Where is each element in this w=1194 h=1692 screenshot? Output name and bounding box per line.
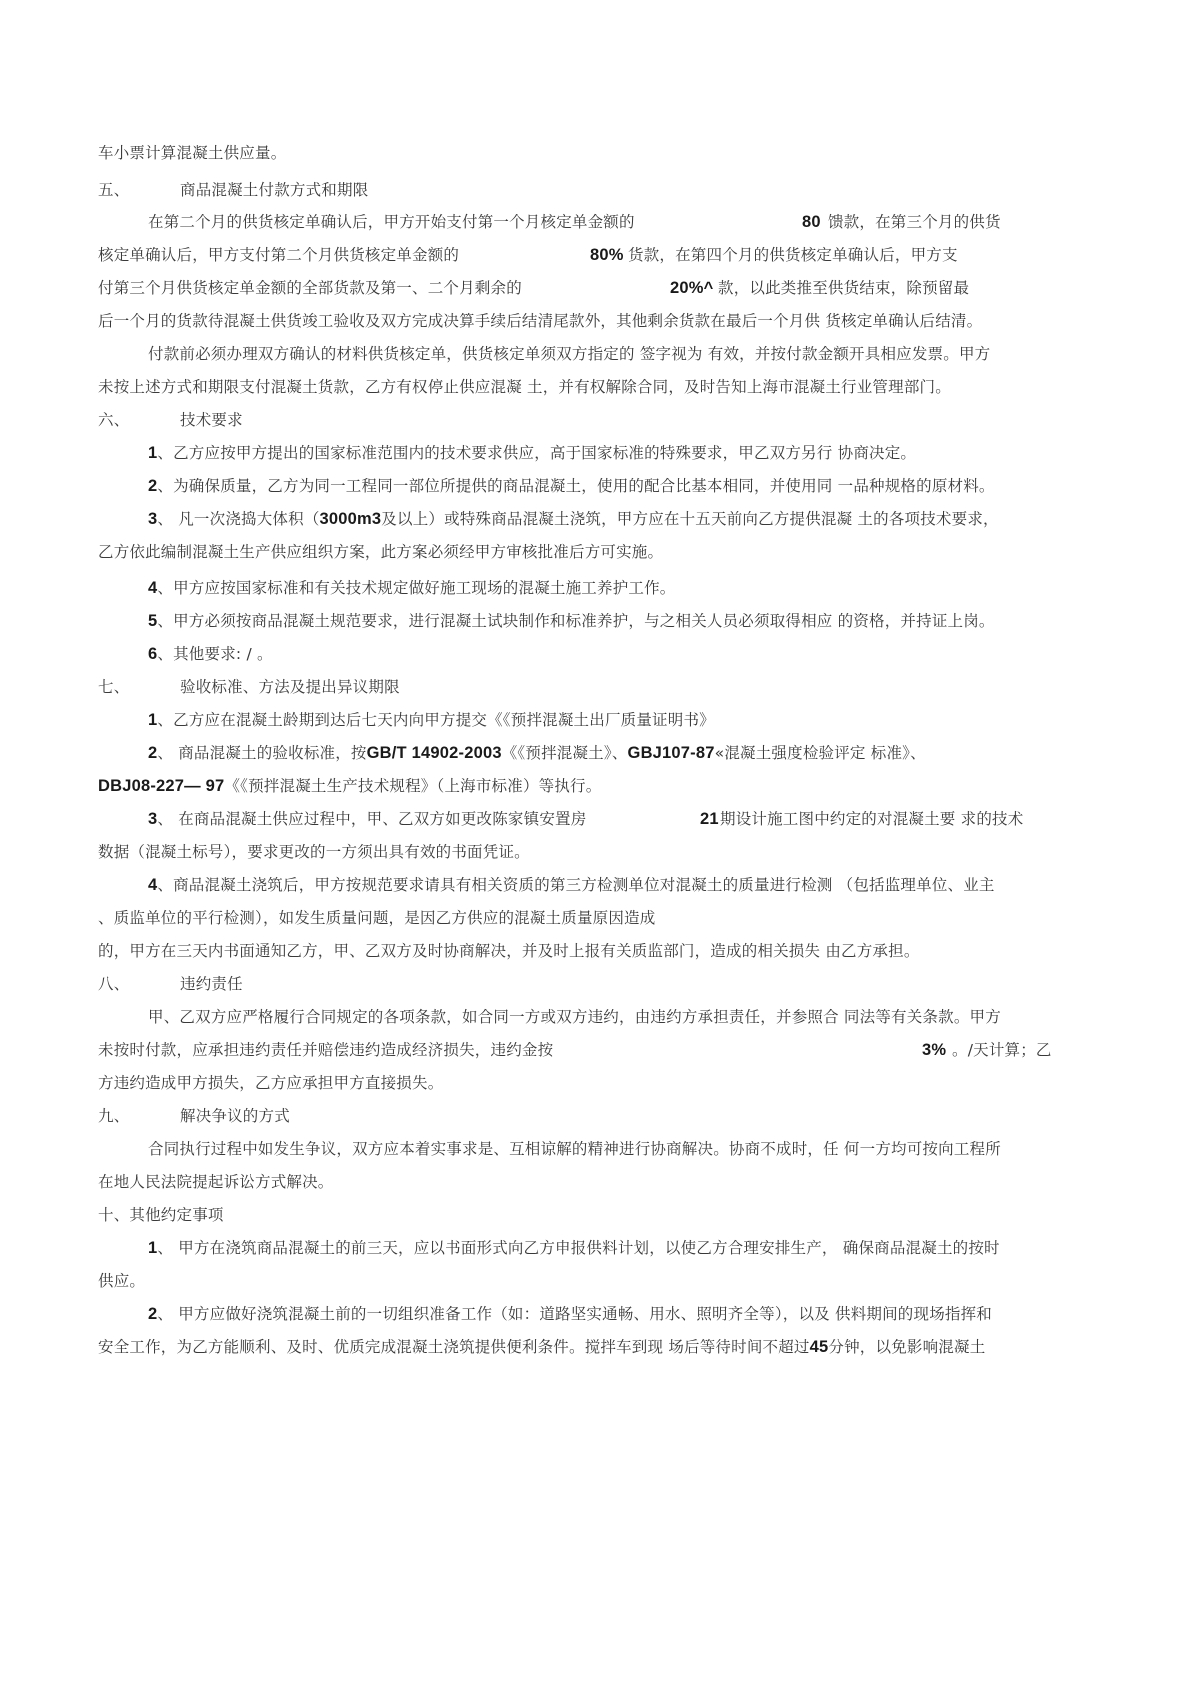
text-line: 的，甲方在三天内书面通知乙方，甲、乙双方及时协商解决，并及时上报有关质监部门，造… — [98, 941, 920, 961]
text-line: 未按上述方式和期限支付混凝土货款，乙方有权停止供应混凝 土，并有权解除合同，及时… — [98, 377, 951, 397]
text-line: 付款前必须办理双方确认的材料供货核定单，供货核定单须双方指定的 签字视为 有效，… — [148, 344, 990, 364]
numeric-text: 3 — [148, 809, 157, 829]
text-segment: 、甲方必须按商品混凝土规范要求，进行混凝土试块制作和标准养护，与之相关人员必须取… — [157, 611, 994, 631]
text-line: 八、违约责任 — [98, 974, 129, 994]
text-line: 付第三个月供货核定单金额的全部货款及第一、二个月剩余的20%^款，以此类推至供货… — [98, 278, 522, 298]
text-segment: 乙方依此编制混凝土生产供应组织方案，此方案必须经甲方审核批准后方可实施。 — [98, 542, 663, 562]
text-segment: 验收标准、方法及提出异议期限 — [180, 677, 400, 697]
numeric-text: 6 — [148, 644, 157, 664]
text-line: 2、 甲方应做好浇筑混凝土前的一切组织准备工作（如：道路坚实通畅、用水、照明齐全… — [148, 1304, 992, 1324]
text-line: DBJ08-227— 97《《预拌混凝土生产技术规程》（上海市标准）等执行。 — [98, 776, 601, 796]
text-segment: 六、 — [98, 410, 129, 430]
text-segment: 后一个月的货款待混凝土供货竣工验收及双方完成决算手续后结清尾款外，其他剩余货款在… — [98, 311, 982, 331]
text-line: 4、甲方应按国家标准和有关技术规定做好施工现场的混凝土施工养护工作。 — [148, 578, 676, 598]
text-line: 九、解决争议的方式 — [98, 1106, 129, 1126]
text-segment: 在地人民法院提起诉讼方式解决。 — [98, 1172, 334, 1192]
text-segment: 及以上）或特殊商品混凝土浇筑，甲方应在十五天前向乙方提供混凝 土的各项技术要求， — [381, 509, 998, 529]
text-line: 七、验收标准、方法及提出异议期限 — [98, 677, 129, 697]
text-line: 2、 商品混凝土的验收标准，按 GB/T 14902-2003《《预拌混凝土》、… — [148, 743, 926, 763]
text-line: 3、 在商品混凝土供应过程中，甲、乙双方如更改陈家镇安置房21期设计施工图中约定… — [148, 809, 586, 829]
text-segment: 的，甲方在三天内书面通知乙方，甲、乙双方及时协商解决，并及时上报有关质监部门，造… — [98, 941, 920, 961]
text-segment: 分钟，以免影响混凝土 — [828, 1337, 985, 1357]
text-segment: 安全工作，为乙方能顺利、及时、优质完成混凝土浇筑提供便利条件。搅拌车到现 场后等… — [98, 1337, 810, 1357]
text-line: 核定单确认后，甲方支付第二个月供货核定单金额的80%货款，在第四个月的供货核定单… — [98, 245, 459, 265]
document-page: 车小票计算混凝土供应量。五、商品混凝土付款方式和期限在第二个月的供货核定单确认后… — [0, 0, 1194, 1692]
text-segment: 、商品混凝土浇筑后，甲方按规范要求请具有相关资质的第三方检测单位对混凝土的质量进… — [157, 875, 994, 895]
text-segment: 《《预拌混凝土生产技术规程》（上海市标准）等执行。 — [224, 776, 601, 796]
text-segment: 在第二个月的供货核定单确认后，甲方开始支付第一个月核定单金额的 — [148, 212, 635, 232]
numeric-text: 3% — [922, 1040, 946, 1060]
text-line: 、质监单位的平行检测），如发生质量问题，是因乙方供应的混凝土质量原因造成 — [98, 908, 655, 928]
text-line: 五、商品混凝土付款方式和期限 — [98, 180, 129, 200]
text-segment: 违约责任 — [180, 974, 243, 994]
text-line: 未按时付款，应承担违约责任并赔偿违约造成经济损失，违约金按3%。/天计算；乙 — [98, 1040, 553, 1060]
text-line: 6、其他要求: / 。 — [148, 644, 273, 664]
text-segment: 未按时付款，应承担违约责任并赔偿违约造成经济损失，违约金按 — [98, 1040, 553, 1060]
text-segment: 十、其他约定事项 — [98, 1205, 224, 1225]
numeric-text: 20%^ — [670, 278, 713, 298]
text-segment: 、 凡一次浇捣大体积（ — [157, 509, 319, 529]
text-segment: 未按上述方式和期限支付混凝土货款，乙方有权停止供应混凝 土，并有权解除合同，及时… — [98, 377, 951, 397]
text-segment: 、 甲方应做好浇筑混凝土前的一切组织准备工作（如：道路坚实通畅、用水、照明齐全等… — [157, 1304, 992, 1324]
text-line: 十、其他约定事项 — [98, 1205, 224, 1225]
numeric-text: DBJ08-227— 97 — [98, 776, 224, 796]
text-segment: 馈款，在第三个月的供货 — [828, 212, 1001, 232]
text-line: 甲、乙双方应严格履行合同规定的各项条款，如合同一方或双方违约，由违约方承担责任，… — [148, 1007, 1001, 1027]
text-segment: 商品混凝土付款方式和期限 — [180, 180, 368, 200]
numeric-text: 4 — [148, 875, 157, 895]
text-segment: 。/天计算；乙 — [952, 1040, 1052, 1060]
text-segment: 、其他要求: / 。 — [157, 644, 272, 664]
text-line: 供应。 — [98, 1271, 145, 1291]
text-segment: 付第三个月供货核定单金额的全部货款及第一、二个月剩余的 — [98, 278, 522, 298]
text-segment: 《《预拌混凝土》、 — [502, 743, 628, 763]
text-line: 后一个月的货款待混凝土供货竣工验收及双方完成决算手续后结清尾款外，其他剩余货款在… — [98, 311, 982, 331]
numeric-text: 3 — [148, 509, 157, 529]
text-segment: 技术要求 — [180, 410, 243, 430]
numeric-text: 1 — [148, 443, 157, 463]
numeric-text: 4 — [148, 578, 157, 598]
text-segment: 、 在商品混凝土供应过程中，甲、乙双方如更改陈家镇安置房 — [157, 809, 586, 829]
numeric-text: 2 — [148, 1304, 157, 1324]
text-segment: 八、 — [98, 974, 129, 994]
text-line: 2、为确保质量，乙方为同一工程同一部位所提供的商品混凝土，使用的配合比基本相同，… — [148, 476, 995, 496]
text-segment: 、 商品混凝土的验收标准，按 — [157, 743, 366, 763]
numeric-text: 1 — [148, 1238, 157, 1258]
text-line: 1、乙方应在混凝土龄期到达后七天内向甲方提交《《预拌混凝土出厂质量证明书》 — [148, 710, 715, 730]
text-segment: 五、 — [98, 180, 129, 200]
text-line: 3、 凡一次浇捣大体积（3000m3及以上）或特殊商品混凝土浇筑，甲方应在十五天… — [148, 509, 999, 529]
numeric-text: GBJ107-87 — [628, 743, 715, 763]
text-segment: 七、 — [98, 677, 129, 697]
text-line: 1、 甲方在浇筑商品混凝土的前三天，应以书面形式向乙方申报供料计划，以使乙方合理… — [148, 1238, 1000, 1258]
text-segment: 甲、乙双方应严格履行合同规定的各项条款，如合同一方或双方违约，由违约方承担责任，… — [148, 1007, 1001, 1027]
text-segment: 、 甲方在浇筑商品混凝土的前三天，应以书面形式向乙方申报供料计划，以使乙方合理安… — [157, 1238, 999, 1258]
numeric-text: 21 — [700, 809, 719, 829]
numeric-text: 5 — [148, 611, 157, 631]
text-segment: 、为确保质量，乙方为同一工程同一部位所提供的商品混凝土，使用的配合比基本相同，并… — [157, 476, 994, 496]
text-segment: 解决争议的方式 — [180, 1106, 290, 1126]
text-segment: «混凝土强度检验评定 标准》、 — [715, 743, 926, 763]
text-segment: 付款前必须办理双方确认的材料供货核定单，供货核定单须双方指定的 签字视为 有效，… — [148, 344, 990, 364]
numeric-text: 1 — [148, 710, 157, 730]
text-segment: 货款，在第四个月的供货核定单确认后，甲方支 — [628, 245, 958, 265]
text-line: 安全工作，为乙方能顺利、及时、优质完成混凝土浇筑提供便利条件。搅拌车到现 场后等… — [98, 1337, 985, 1357]
numeric-text: 80% — [590, 245, 624, 265]
text-line: 六、技术要求 — [98, 410, 129, 430]
text-segment: 、甲方应按国家标准和有关技术规定做好施工现场的混凝土施工养护工作。 — [157, 578, 675, 598]
text-line: 车小票计算混凝土供应量。 — [98, 143, 286, 163]
numeric-text: 3000m3 — [320, 509, 382, 529]
text-line: 在地人民法院提起诉讼方式解决。 — [98, 1172, 334, 1192]
text-segment: 、乙方应在混凝土龄期到达后七天内向甲方提交《《预拌混凝土出厂质量证明书》 — [157, 710, 714, 730]
text-segment: 、质监单位的平行检测），如发生质量问题，是因乙方供应的混凝土质量原因造成 — [98, 908, 655, 928]
numeric-text: 2 — [148, 476, 157, 496]
text-segment: 供应。 — [98, 1271, 145, 1291]
text-line: 合同执行过程中如发生争议，双方应本着实事求是、互相谅解的精神进行协商解决。协商不… — [148, 1139, 1001, 1159]
text-line: 方违约造成甲方损失，乙方应承担甲方直接损失。 — [98, 1073, 443, 1093]
text-line: 1、乙方应按甲方提出的国家标准范围内的技术要求供应，高于国家标准的特殊要求，甲乙… — [148, 443, 916, 463]
numeric-text: 45 — [810, 1337, 829, 1357]
text-segment: 合同执行过程中如发生争议，双方应本着实事求是、互相谅解的精神进行协商解决。协商不… — [148, 1139, 1001, 1159]
text-line: 4、商品混凝土浇筑后，甲方按规范要求请具有相关资质的第三方检测单位对混凝土的质量… — [148, 875, 995, 895]
numeric-text: 80 — [802, 212, 821, 232]
text-line: 在第二个月的供货核定单确认后，甲方开始支付第一个月核定单金额的80馈款，在第三个… — [148, 212, 635, 232]
text-segment: 期设计施工图中约定的对混凝土要 求的技术 — [720, 809, 1023, 829]
numeric-text: GB/T 14902-2003 — [367, 743, 502, 763]
text-line: 5、甲方必须按商品混凝土规范要求，进行混凝土试块制作和标准养护，与之相关人员必须… — [148, 611, 995, 631]
text-segment: 、乙方应按甲方提出的国家标准范围内的技术要求供应，高于国家标准的特殊要求，甲乙双… — [157, 443, 916, 463]
text-segment: 方违约造成甲方损失，乙方应承担甲方直接损失。 — [98, 1073, 443, 1093]
text-segment: 九、 — [98, 1106, 129, 1126]
text-line: 乙方依此编制混凝土生产供应组织方案，此方案必须经甲方审核批准后方可实施。 — [98, 542, 663, 562]
text-line: 数据（混凝土标号），要求更改的一方须出具有效的书面凭证。 — [98, 842, 530, 862]
text-segment: 数据（混凝土标号），要求更改的一方须出具有效的书面凭证。 — [98, 842, 530, 862]
text-segment: 车小票计算混凝土供应量。 — [98, 143, 286, 163]
text-segment: 核定单确认后，甲方支付第二个月供货核定单金额的 — [98, 245, 459, 265]
numeric-text: 2 — [148, 743, 157, 763]
text-segment: 款，以此类推至供货结束，除预留最 — [718, 278, 969, 298]
